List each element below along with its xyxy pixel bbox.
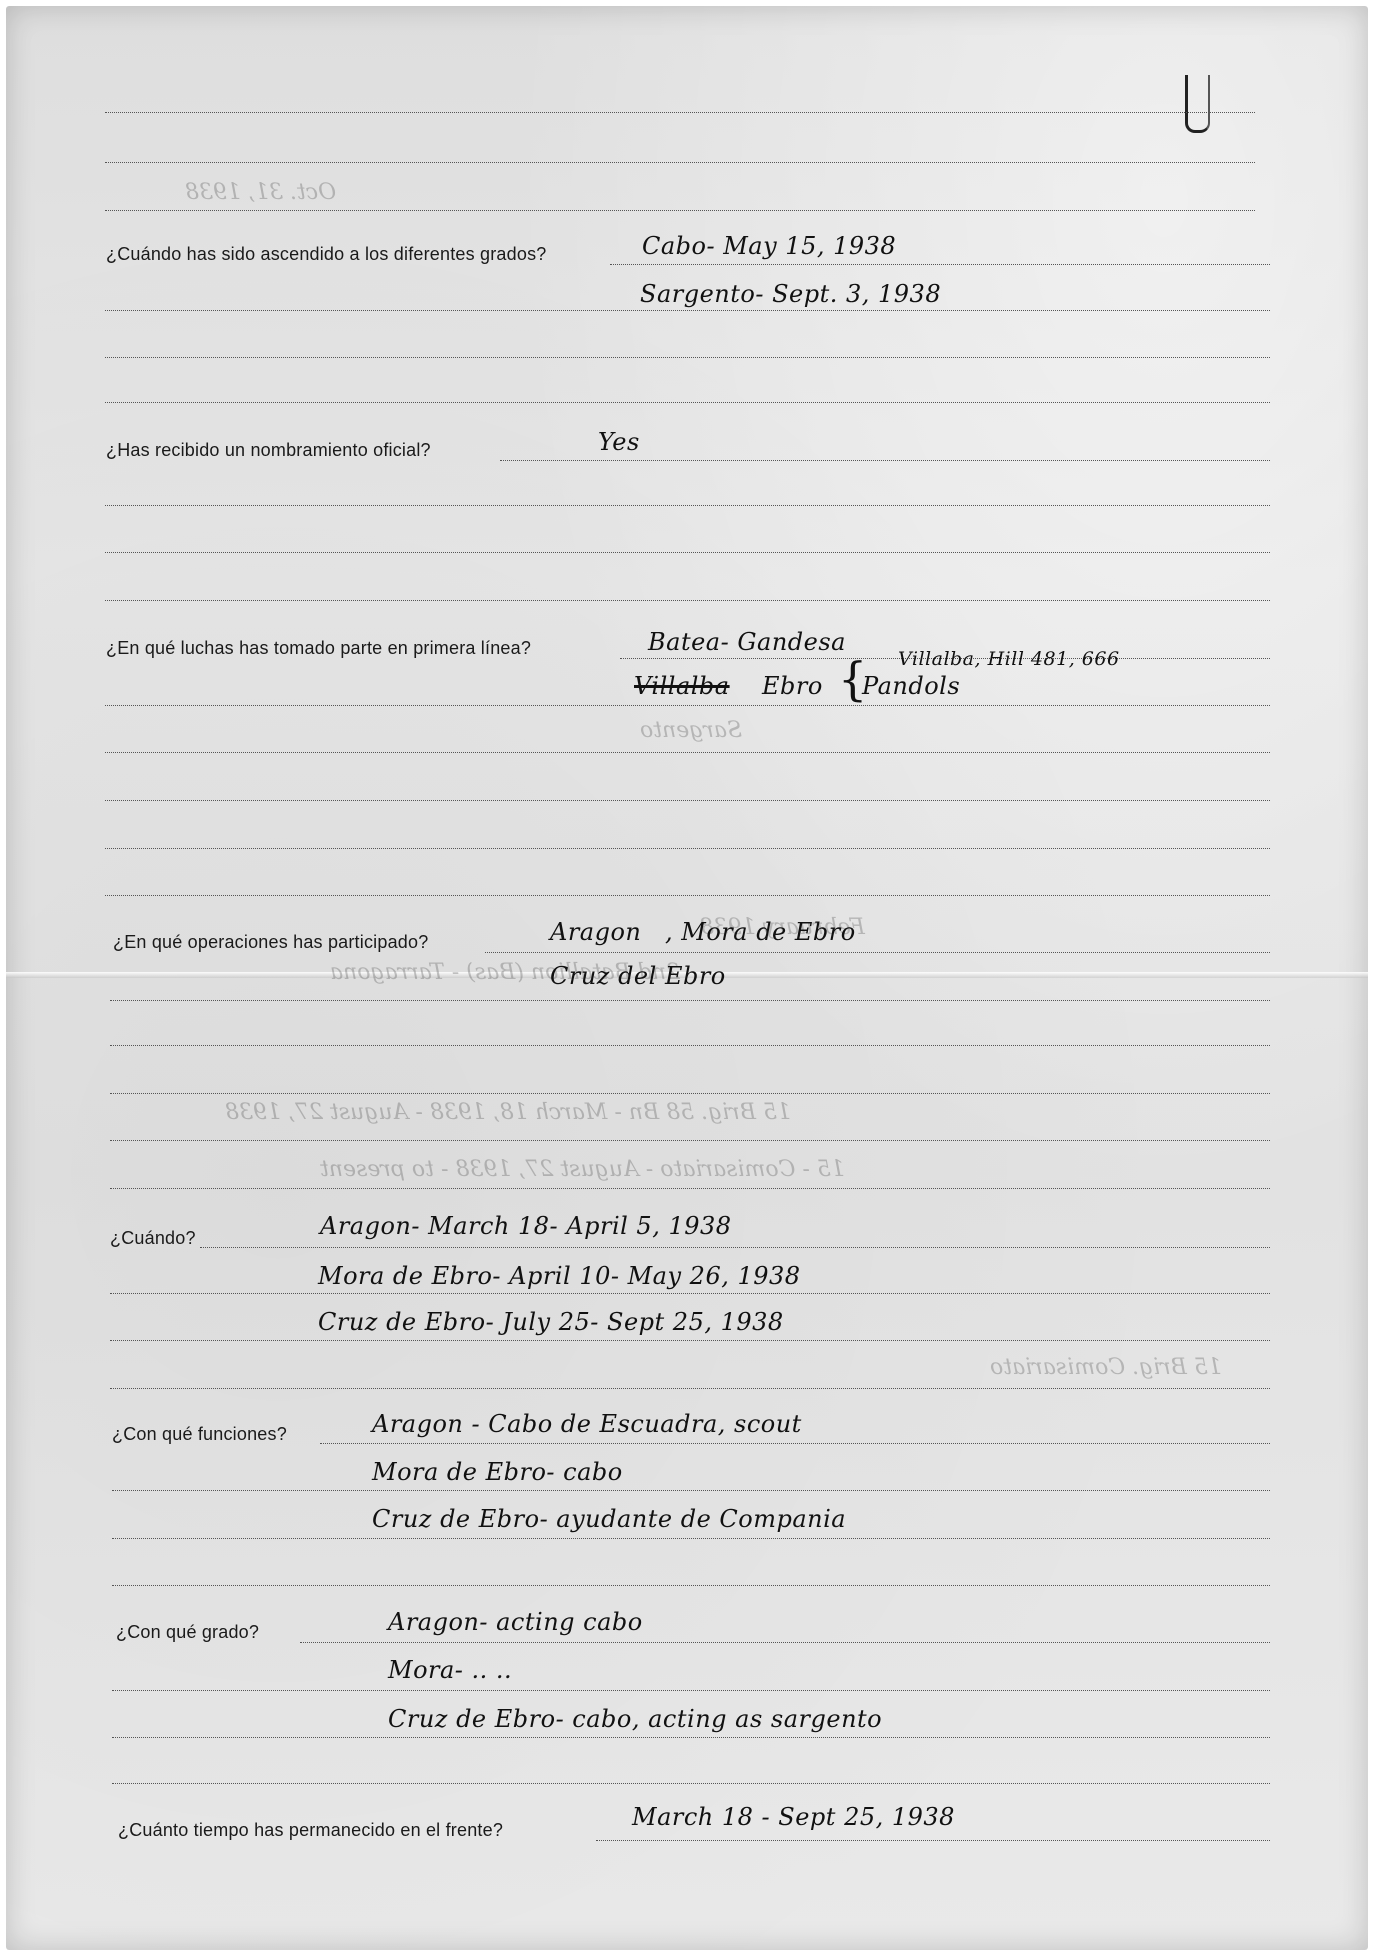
blank-line <box>105 552 1270 553</box>
answer-ascensos-2[interactable]: Sargento- Sept. 3, 1938 <box>640 280 941 308</box>
answer-luchas-detail[interactable]: Villalba, Hill 481, 666 <box>898 648 1120 670</box>
answer-line <box>105 705 1270 706</box>
question-nombramiento: ¿Has recibido un nombramiento oficial? <box>106 440 431 461</box>
question-luchas: ¿En qué luchas has tomado parte en prime… <box>106 638 531 659</box>
answer-line <box>200 1247 1270 1248</box>
blank-line <box>110 1093 1270 1094</box>
answer-cuando-2[interactable]: Mora de Ebro- April 10- May 26, 1938 <box>318 1262 801 1290</box>
answer-luchas-struck: Villalba <box>634 672 730 700</box>
blank-line <box>105 112 1255 113</box>
answer-cuando-1[interactable]: Aragon- March 18- April 5, 1938 <box>320 1212 732 1240</box>
question-grado: ¿Con qué grado? <box>116 1622 259 1643</box>
blank-line <box>110 1188 1270 1189</box>
corner-pen-mark <box>1185 75 1210 133</box>
bleed-through-text: 15 Brig. 58 Bn - March 18, 1938 - August… <box>225 1100 791 1125</box>
answer-line <box>112 1490 1270 1491</box>
answer-luchas-2[interactable]: Ebro <box>762 672 823 700</box>
answer-grado-2[interactable]: Mora- .. .. <box>388 1656 512 1684</box>
question-operaciones: ¿En qué operaciones has participado? <box>113 932 428 953</box>
bleed-through-text: Oct. 31, 1938 <box>185 180 336 205</box>
answer-funciones-3[interactable]: Cruz de Ebro- ayudante de Compania <box>372 1505 846 1533</box>
blank-line <box>105 752 1270 753</box>
answer-line <box>485 952 1270 953</box>
answer-line <box>110 1293 1270 1294</box>
answer-funciones-1[interactable]: Aragon - Cabo de Escuadra, scout <box>372 1410 802 1438</box>
blank-line <box>105 162 1255 163</box>
answer-luchas-3[interactable]: Pandols <box>862 672 960 700</box>
blank-line <box>105 848 1270 849</box>
question-tiempo: ¿Cuánto tiempo has permanecido en el fre… <box>118 1820 503 1841</box>
question-funciones: ¿Con qué funciones? <box>112 1424 287 1445</box>
blank-line <box>110 1388 1270 1389</box>
answer-line <box>105 310 1270 311</box>
blank-line <box>110 1140 1270 1141</box>
question-ascensos: ¿Cuándo has sido ascendido a los diferen… <box>106 244 546 265</box>
answer-line <box>110 1000 1270 1001</box>
bleed-through-text: Sargento <box>640 718 742 743</box>
answer-line <box>596 1840 1270 1841</box>
answer-luchas-1[interactable]: Batea- Gandesa <box>648 628 846 656</box>
answer-tiempo[interactable]: March 18 - Sept 25, 1938 <box>632 1803 955 1831</box>
bleed-through-text: 15 Brig. Comisariato <box>990 1355 1222 1380</box>
blank-line <box>112 1783 1270 1784</box>
answer-line <box>110 1340 1270 1341</box>
blank-line <box>105 800 1270 801</box>
answer-grado-3[interactable]: Cruz de Ebro- cabo, acting as sargento <box>388 1705 882 1733</box>
question-cuando: ¿Cuándo? <box>110 1228 196 1249</box>
blank-line <box>105 895 1270 896</box>
answer-line <box>610 264 1270 265</box>
answer-grado-1[interactable]: Aragon- acting cabo <box>388 1608 643 1636</box>
answer-funciones-2[interactable]: Mora de Ebro- cabo <box>372 1458 623 1486</box>
answer-ascensos-1[interactable]: Cabo- May 15, 1938 <box>642 232 896 260</box>
answer-operaciones-3[interactable]: Cruz del Ebro <box>550 962 726 990</box>
answer-operaciones-2[interactable]: , Mora de Ebro <box>665 918 856 946</box>
blank-line <box>105 210 1255 211</box>
answer-cuando-3[interactable]: Cruz de Ebro- July 25- Sept 25, 1938 <box>318 1308 784 1336</box>
blank-line <box>110 1045 1270 1046</box>
answer-line <box>112 1538 1270 1539</box>
blank-line <box>105 402 1270 403</box>
blank-line <box>105 505 1270 506</box>
answer-line <box>300 1642 1270 1643</box>
blank-line <box>105 357 1270 358</box>
blank-line <box>112 1585 1270 1586</box>
answer-line <box>500 460 1270 461</box>
answer-operaciones-1[interactable]: Aragon <box>550 918 641 946</box>
answer-line <box>112 1690 1270 1691</box>
blank-line <box>105 600 1270 601</box>
answer-line <box>112 1737 1270 1738</box>
answer-line <box>320 1443 1270 1444</box>
bleed-through-text: 15 - Comisariato - August 27, 1938 - to … <box>320 1157 845 1182</box>
answer-nombramiento[interactable]: Yes <box>598 428 640 456</box>
